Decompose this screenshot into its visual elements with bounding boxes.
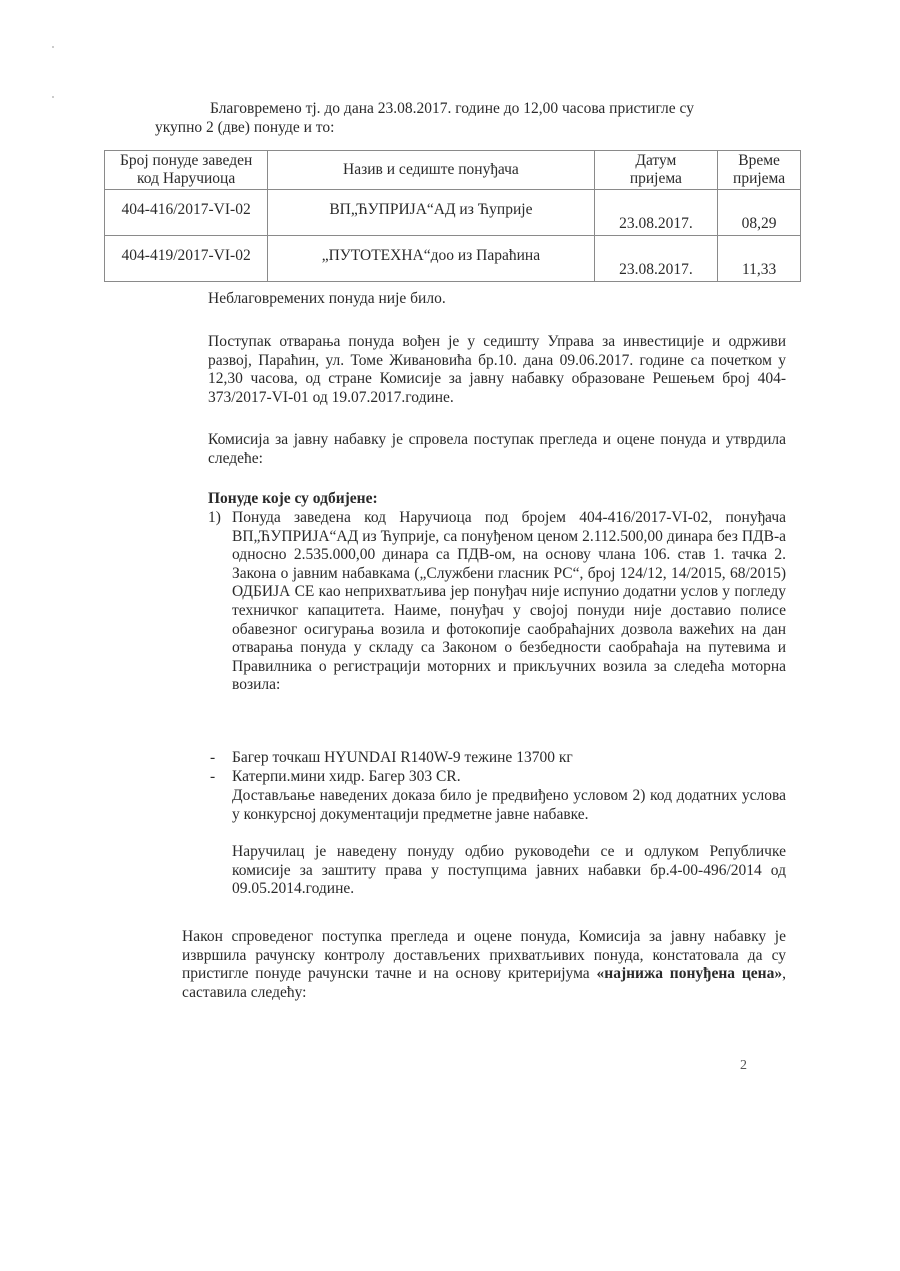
- scan-speck: [52, 96, 54, 98]
- header-receipt-time: Време пријема: [718, 151, 801, 190]
- table-row: 404-419/2017-VI-02 „ПУТОТЕХНА“доо из Пар…: [105, 236, 801, 282]
- cell-offer-number: 404-416/2017-VI-02: [105, 190, 268, 236]
- rejected-offers-heading: Понуде које су одбијене:: [208, 490, 786, 509]
- cell-receipt-time: 11,33: [718, 236, 801, 282]
- late-offers-paragraph: Неблаговремених понуда није било.: [208, 290, 786, 309]
- rejected-item-text: Понуда заведена код Наручиоца под бројем…: [232, 509, 786, 695]
- conclusion-paragraph: Након спроведеног поступка прегледа и оц…: [182, 928, 786, 1002]
- table-row: 404-416/2017-VI-02 ВП„ЋУПРИЈА“АД из Ћупр…: [105, 190, 801, 236]
- criterion-text: «најнижа понуђена цена»: [597, 965, 783, 982]
- rejected-item-number: 1): [208, 509, 221, 528]
- vehicle-item: Катерпи.мини хидр. Багер 303 CR.: [232, 768, 786, 787]
- cell-bidder-name: ВП„ЋУПРИЈА“АД из Ћуприје: [268, 190, 594, 236]
- intro-line-2: укупно 2 (две) понуде и то:: [155, 119, 334, 138]
- vehicle-item: Багер точкаш HYUNDAI R140W-9 тежине 1370…: [232, 749, 786, 768]
- procedure-paragraph: Поступак отварања понуда вођен је у седи…: [208, 333, 786, 407]
- cell-offer-number: 404-419/2017-VI-02: [105, 236, 268, 282]
- scan-speck: [52, 46, 54, 48]
- decision-paragraph: Наручилац је наведену понуду одбио руков…: [232, 843, 786, 899]
- bullet-dash: -: [210, 768, 215, 786]
- header-offer-number: Број понуде заведен код Наручиоца: [105, 151, 268, 190]
- document-page: Благовремено тј. до дана 23.08.2017. год…: [0, 0, 900, 1271]
- commission-paragraph: Комисија за јавну набавку је спровела по…: [208, 431, 786, 468]
- intro-line-1: Благовремено тј. до дана 23.08.2017. год…: [210, 100, 694, 119]
- header-receipt-date: Датум пријема: [594, 151, 718, 190]
- header-bidder-name: Назив и седиште понуђача: [268, 151, 594, 190]
- offers-table: Број понуде заведен код Наручиоца Назив …: [104, 150, 801, 282]
- bullet-dash: -: [210, 749, 215, 767]
- cell-receipt-date: 23.08.2017.: [594, 236, 718, 282]
- evidence-paragraph: Достављање наведених доказа било је пред…: [232, 787, 786, 824]
- page-number: 2: [740, 1058, 747, 1074]
- cell-bidder-name: „ПУТОТЕХНА“доо из Параћина: [268, 236, 594, 282]
- table-header-row: Број понуде заведен код Наручиоца Назив …: [105, 151, 801, 190]
- cell-receipt-time: 08,29: [718, 190, 801, 236]
- cell-receipt-date: 23.08.2017.: [594, 190, 718, 236]
